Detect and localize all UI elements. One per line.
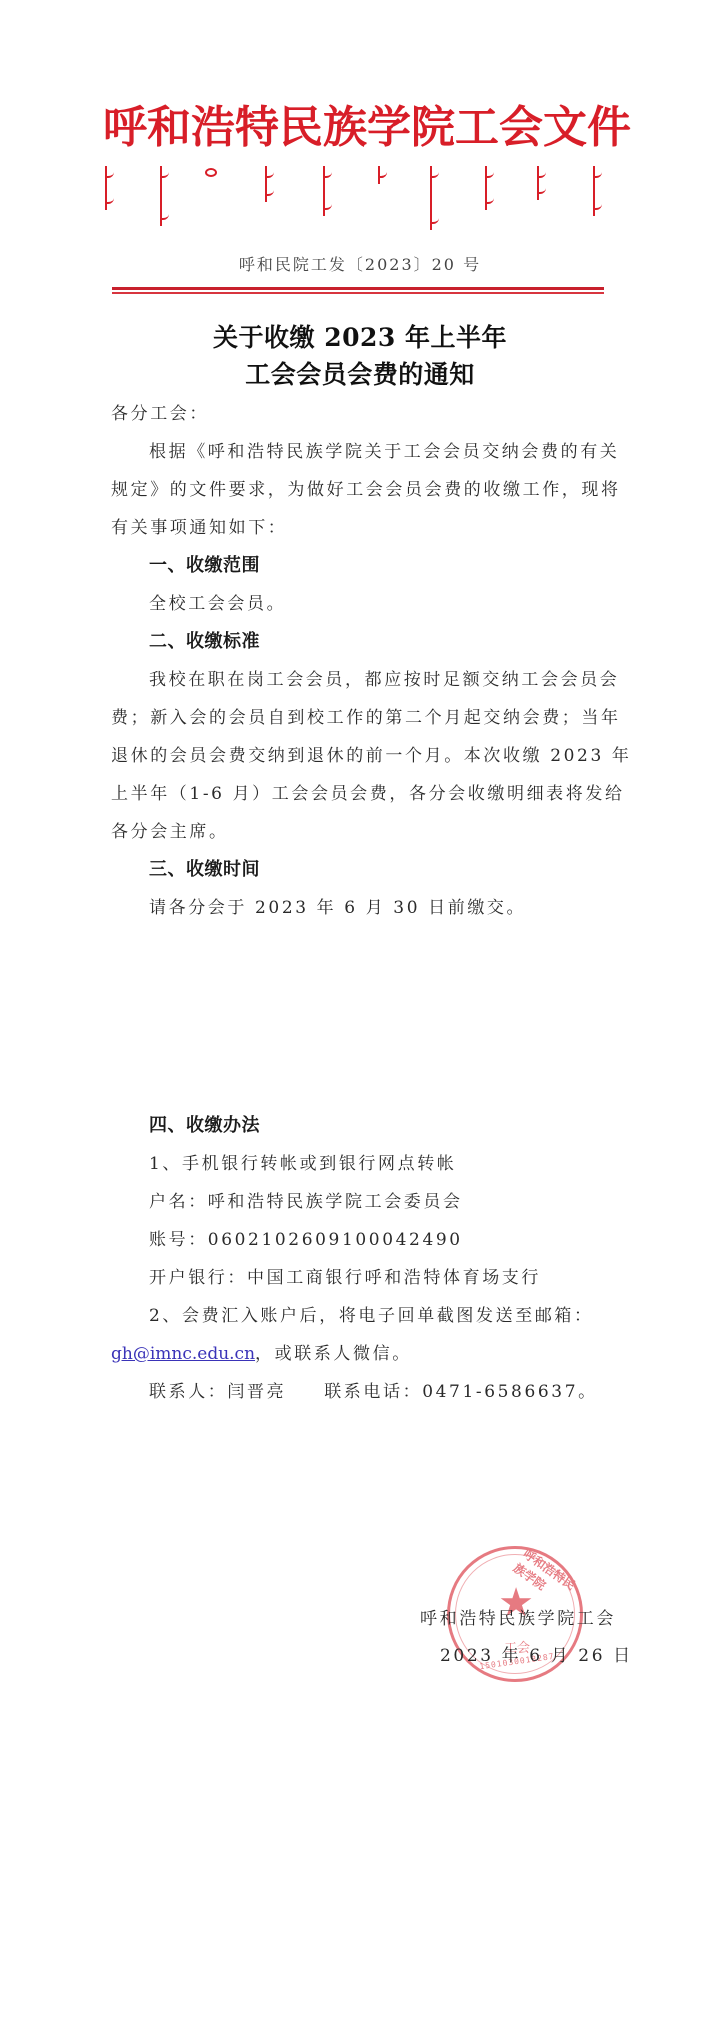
letterhead-char: 工 <box>455 100 499 156</box>
section-text: 1、手机银行转帐或到银行网点转帐 <box>149 1152 456 1176</box>
mongolian-word-glyph <box>323 166 337 216</box>
mongolian-word-glyph <box>593 166 607 216</box>
letterhead-char: 呼 <box>103 100 147 156</box>
salutation: 各分工会： <box>111 402 209 426</box>
section-heading-method: 四、收缴办法 <box>149 1114 260 1138</box>
signature-org: 呼和浩特民族学院工会 <box>420 1604 616 1629</box>
red-divider-thin <box>112 292 604 294</box>
section-text: 各分会主席。 <box>111 820 229 844</box>
letterhead-char: 浩 <box>191 100 235 156</box>
account-name: 户名：呼和浩特民族学院工会委员会 <box>149 1190 463 1214</box>
letterhead-char: 文 <box>543 100 587 156</box>
section-heading-scope: 一、收缴范围 <box>149 554 260 578</box>
section-text: 全校工会会员。 <box>149 592 286 616</box>
mongolian-word-glyph <box>430 166 444 230</box>
section-text: 费；新入会的会员自到校工作的第二个月起交纳会费；当年 <box>111 706 621 730</box>
signature-date: 2023 年 6 月 26 日 <box>440 1641 633 1666</box>
letterhead-char: 学 <box>367 100 411 156</box>
bank-name: 开户银行：中国工商银行呼和浩特体育场支行 <box>149 1266 541 1290</box>
letterhead-char: 族 <box>323 100 367 156</box>
mongolian-word-glyph <box>265 166 279 202</box>
section-text: 退休的会员会费交纳到退休的前一个月。本次收缴 2023 年 <box>111 744 631 768</box>
section-heading-standard: 二、收缴标准 <box>149 630 260 654</box>
email-line: gh@imnc.edu.cn，或联系人微信。 <box>111 1342 412 1366</box>
email-suffix: ，或联系人微信。 <box>255 1344 412 1364</box>
section-text: 上半年（1-6 月）工会会员会费，各分会收缴明细表将发给 <box>111 782 625 806</box>
mongolian-word-glyph <box>537 166 551 200</box>
mongolian-word-glyph <box>105 166 119 210</box>
document-number: 呼和民院工发〔2023〕20 号 <box>0 252 720 275</box>
email-link[interactable]: gh@imnc.edu.cn <box>111 1344 255 1364</box>
mongolian-word-glyph <box>205 168 217 177</box>
section-heading-time: 三、收缴时间 <box>149 858 260 882</box>
letterhead-char: 民 <box>279 100 323 156</box>
contact-line: 联系人：闫晋亮联系电话：0471-6586637。 <box>149 1380 598 1404</box>
letterhead-char: 和 <box>147 100 191 156</box>
letterhead-title: 呼 和 浩 特 民 族 学 院 工 会 文 件 <box>103 100 618 156</box>
intro-paragraph-line: 有关事项通知如下： <box>111 516 287 540</box>
mongolian-word-glyph <box>485 166 499 210</box>
mongolian-word-glyph <box>160 166 174 226</box>
letterhead-char: 件 <box>587 100 631 156</box>
contact-phone: 联系电话：0471-6586637。 <box>324 1382 598 1402</box>
section-text: 2、会费汇入账户后，将电子回单截图发送至邮箱： <box>149 1304 594 1328</box>
notice-title-line-1: 关于收缴 2023 年上半年 <box>0 318 720 354</box>
intro-paragraph-line: 规定》的文件要求，为做好工会会员会费的收缴工作，现将 <box>111 478 621 502</box>
contact-person: 联系人：闫晋亮 <box>149 1382 286 1402</box>
mongolian-word-glyph <box>378 166 392 184</box>
intro-paragraph-line: 根据《呼和浩特民族学院关于工会会员交纳会费的有关 <box>149 440 619 464</box>
section-text: 请各分会于 2023 年 6 月 30 日前缴交。 <box>149 896 526 920</box>
letterhead-mongolian-script <box>105 166 615 242</box>
letterhead-char: 院 <box>411 100 455 156</box>
red-divider-thick <box>112 287 604 290</box>
letterhead-char: 特 <box>235 100 279 156</box>
account-number: 账号：0602102609100042490 <box>149 1228 463 1252</box>
section-text: 我校在职在岗工会会员，都应按时足额交纳工会会员会 <box>149 668 619 692</box>
letterhead-char: 会 <box>499 100 543 156</box>
notice-title-line-2: 工会会员会费的通知 <box>0 355 720 391</box>
